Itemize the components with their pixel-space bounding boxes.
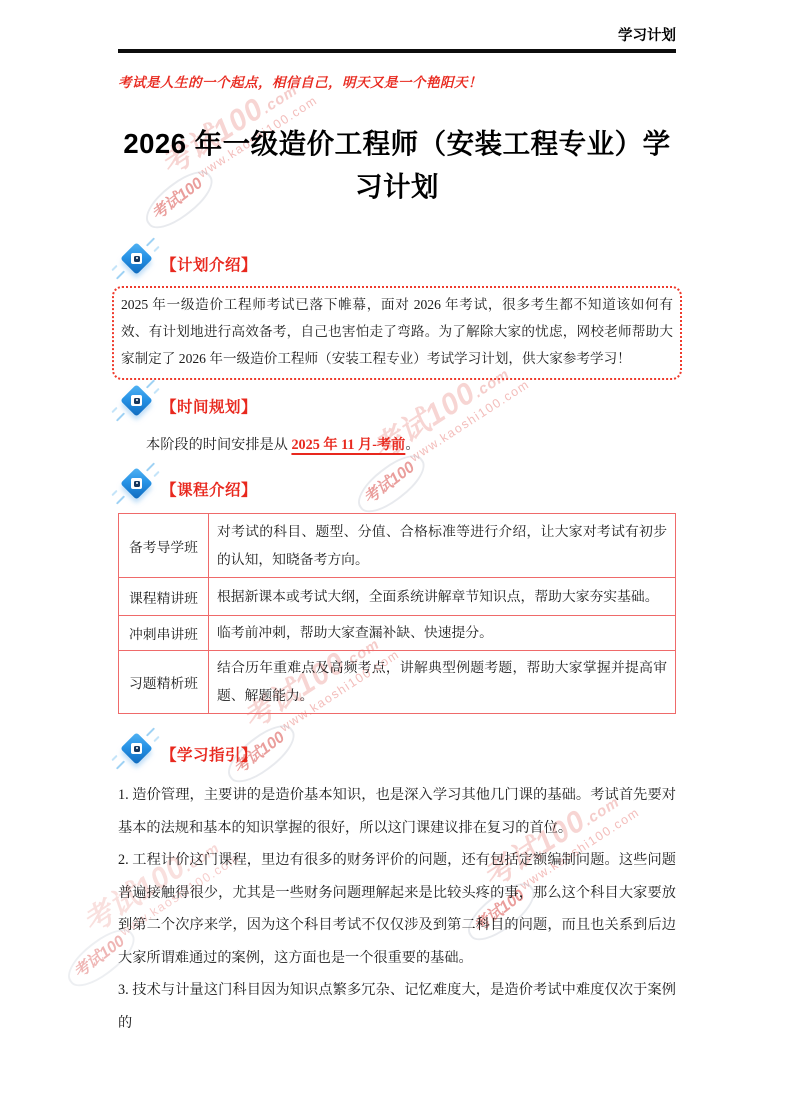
person-glyph-icon: [134, 398, 140, 404]
guide-paragraph: 2. 工程计价这门课程，里边有很多的财务评价的问题，还有包括定额编制问题。这些问…: [118, 844, 676, 974]
document-page: 考试100 考试100.com www.kaoshi100.com 考试100 …: [0, 0, 794, 1098]
time-plan-paragraph: 本阶段的时间安排是从 2025 年 11 月-考前。: [118, 431, 676, 459]
motto-line: 考试是人生的一个起点，相信自己，明天又是一个艳阳天！: [118, 71, 676, 91]
course-desc-cell: 结合历年重难点及高频考点，讲解典型例题考题，帮助大家掌握并提高审题、解题能力。: [209, 651, 676, 714]
document-title: 2026 年一级造价工程师（安装工程专业）学习计划: [118, 122, 676, 208]
course-table: 备考导学班 对考试的科目、题型、分值、合格标准等进行介绍，让大家对考试有初步的认…: [118, 513, 676, 714]
table-row: 课程精讲班 根据新课本或考试大纲，全面系统讲解章节知识点，帮助大家夯实基础。: [119, 578, 676, 616]
section-label-time: 【时间规划】: [161, 395, 257, 417]
table-row: 习题精析班 结合历年重难点及高频考点，讲解典型例题考题，帮助大家掌握并提高审题、…: [119, 651, 676, 714]
course-name-cell: 习题精析班: [119, 651, 209, 714]
course-name-cell: 课程精讲班: [119, 578, 209, 616]
page-header: 学习计划: [118, 24, 676, 45]
section-heading-course: 【课程介绍】: [116, 463, 257, 505]
table-row: 备考导学班 对考试的科目、题型、分值、合格标准等进行介绍，让大家对考试有初步的认…: [119, 514, 676, 578]
section-heading-time: 【时间规划】: [116, 380, 257, 422]
header-title: 学习计划: [618, 28, 676, 44]
guide-paragraph: 3. 技术与计量这门科目因为知识点繁多冗杂、记忆难度大，是造价考试中难度仅次于案…: [118, 974, 676, 1039]
person-glyph-icon: [134, 256, 140, 262]
course-desc-cell: 临考前冲刺，帮助大家查漏补缺、快速提分。: [209, 616, 676, 651]
section-heading-plan: 【计划介绍】: [116, 238, 257, 280]
diamond-badge-icon: [116, 380, 156, 422]
time-range-highlight: 2025 年 11 月-考前: [291, 437, 405, 453]
section-heading-guide: 【学习指引】: [116, 728, 257, 770]
person-glyph-icon: [134, 481, 140, 487]
diamond-badge-icon: [116, 728, 156, 770]
person-glyph-icon: [134, 746, 140, 752]
course-name-cell: 备考导学班: [119, 514, 209, 578]
diamond-badge-icon: [116, 463, 156, 505]
time-plan-text: 本阶段的时间安排是从: [146, 437, 291, 453]
section-label-guide: 【学习指引】: [161, 743, 257, 765]
plan-intro-box: 2025 年一级造价工程师考试已落下帷幕，面对 2026 年考试，很多考生都不知…: [112, 286, 682, 380]
course-desc-cell: 根据新课本或考试大纲，全面系统讲解章节知识点，帮助大家夯实基础。: [209, 578, 676, 616]
header-double-rule: [118, 49, 676, 53]
section-label-plan: 【计划介绍】: [161, 253, 257, 275]
guide-paragraph: 1. 造价管理，主要讲的是造价基本知识，也是深入学习其他几门课的基础。考试首先要…: [118, 779, 676, 844]
course-desc-cell: 对考试的科目、题型、分值、合格标准等进行介绍，让大家对考试有初步的认知，知晓备考…: [209, 514, 676, 578]
section-label-course: 【课程介绍】: [161, 478, 257, 500]
plan-intro-text: 2025 年一级造价工程师考试已落下帷幕，面对 2026 年考试，很多考生都不知…: [121, 291, 673, 372]
guide-paragraphs: 1. 造价管理，主要讲的是造价基本知识，也是深入学习其他几门课的基础。考试首先要…: [118, 779, 676, 1039]
table-row: 冲刺串讲班 临考前冲刺，帮助大家查漏补缺、快速提分。: [119, 616, 676, 651]
course-name-cell: 冲刺串讲班: [119, 616, 209, 651]
diamond-badge-icon: [116, 238, 156, 280]
